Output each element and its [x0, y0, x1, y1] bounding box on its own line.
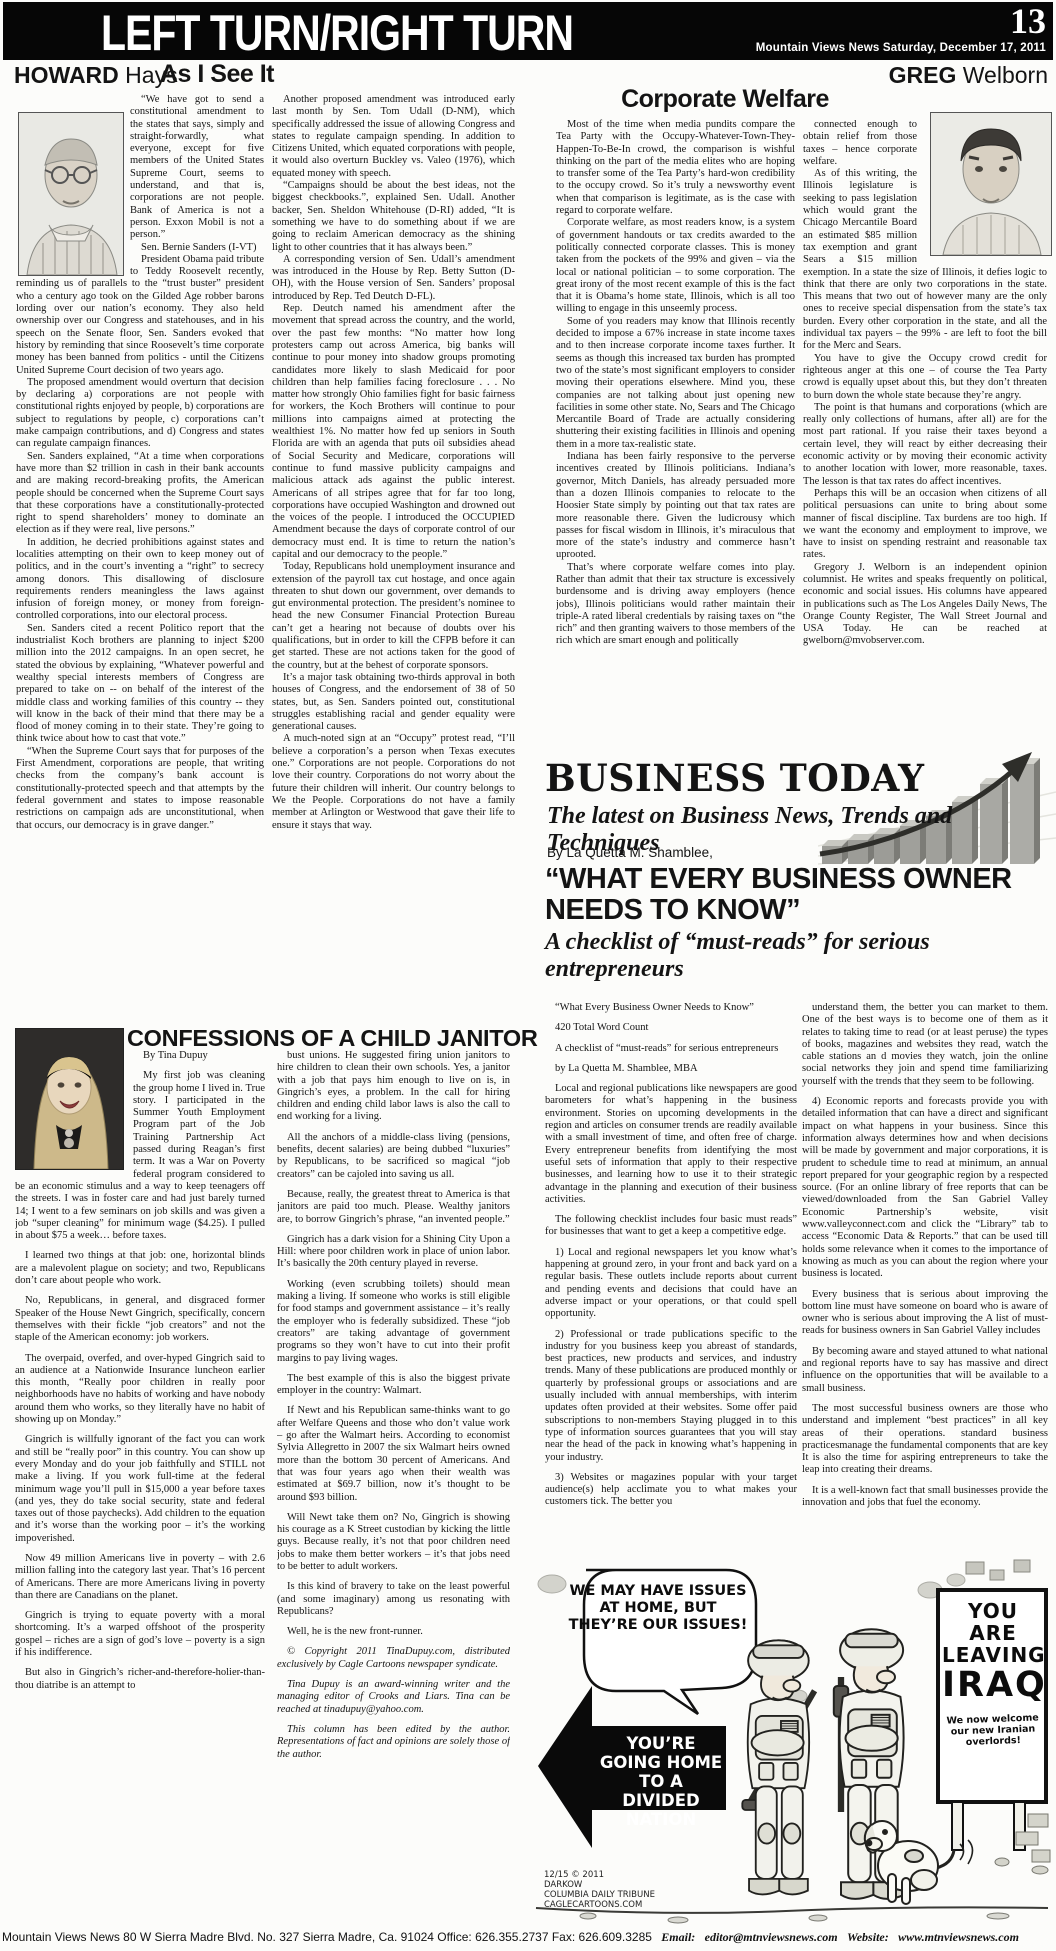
- paragraph: bust unions. He suggested firing union j…: [277, 1050, 510, 1124]
- sign-subtext: We now welcome our new Iranian overlords…: [941, 1712, 1044, 1749]
- hays-first-name: HOWARD: [14, 62, 119, 88]
- paragraph: Rep. Deutch named his amendment after th…: [272, 303, 515, 561]
- paragraph: understand them, the better you can mark…: [802, 1002, 1048, 1088]
- paragraph: That’s where corporate welfare comes int…: [556, 562, 795, 648]
- business-today-banner: BUSINESS TODAY: [545, 756, 924, 800]
- paragraph: Every business that is serious about imp…: [802, 1289, 1048, 1338]
- footer-website: www.mtnviewsnews.com: [898, 1930, 1019, 1944]
- welborn-article-column-2: connected enough to obtain relief from t…: [803, 119, 1047, 749]
- photo-wrap-spacer: [15, 1050, 133, 1172]
- footer-email-label: Email:: [661, 1930, 695, 1944]
- paragraph: The best example of this is also the big…: [277, 1373, 510, 1398]
- paragraph: Today, Republicans hold unemployment ins…: [272, 561, 515, 672]
- business-subheadline: A checklist of “must-reads” for serious …: [545, 929, 985, 983]
- page-number: 13: [1010, 0, 1046, 42]
- janitor-col2-italic-text: © Copyright 2011 TinaDupuy.com, distribu…: [277, 1646, 510, 1760]
- footer-address: Mountain Views News 80 W Sierra Madre Bl…: [2, 1930, 652, 1944]
- hays-article-column-2: Another proposed amendment was introduce…: [272, 94, 515, 1006]
- paragraph: It is a well-known fact that small busin…: [802, 1485, 1048, 1510]
- paragraph: © Copyright 2011 TinaDupuy.com, distribu…: [277, 1646, 510, 1671]
- editorial-cartoon: We may have issues at home, but they’re …: [528, 1556, 1056, 1942]
- paragraph: Gingrich is willfully ignorant of the fa…: [15, 1434, 265, 1545]
- paragraph: All the anchors of a middle-class living…: [277, 1132, 510, 1181]
- paragraph: Is this kind of bravery to take on the l…: [277, 1581, 510, 1618]
- welborn-article-title: Corporate Welfare: [560, 85, 890, 114]
- cartoon-arrow-sign-text: You’re going home to a divided nation: [598, 1734, 724, 1829]
- footer-email: editor@mtnviewsnews.com: [705, 1930, 838, 1944]
- paragraph: A much-noted sign at an “Occupy” protest…: [272, 733, 515, 831]
- cartoonist-name: DARKOW: [544, 1880, 694, 1890]
- paragraph: Corporate welfare, as most readers know,…: [556, 217, 795, 315]
- janitor-article-column-2: bust unions. He suggested firing union j…: [277, 1050, 510, 1922]
- welborn-author-heading: GREG Welborn: [889, 62, 1048, 89]
- sign-line-1: YOU ARE: [942, 1600, 1044, 1644]
- cartoon-syndicate-1: COLUMBIA DAILY TRIBUNE: [544, 1890, 694, 1900]
- paragraph: Sen. Sanders explained, “At a time when …: [16, 451, 264, 537]
- paragraph: The proposed amendment would overturn th…: [16, 377, 264, 451]
- paragraph: “What Every Business Owner Needs to Know…: [545, 1002, 797, 1014]
- paragraph: Gingrich has a dark vision for a Shining…: [277, 1234, 510, 1271]
- paragraph: Now 49 million Americans live in poverty…: [15, 1553, 265, 1602]
- hays-article-column-1: “We have got to send a constitutional am…: [16, 94, 264, 1010]
- janitor-headline: CONFESSIONS OF A CHILD JANITOR: [127, 1025, 538, 1052]
- business-article-column-1: “What Every Business Owner Needs to Know…: [545, 1002, 797, 1562]
- paragraph: If Newt and his Republican same-thinks w…: [277, 1405, 510, 1503]
- hays-column-title: As I See It: [160, 60, 274, 89]
- welborn-last-name: Welborn: [963, 62, 1048, 88]
- welborn-article-column-1: Most of the time when media pundits comp…: [556, 119, 795, 749]
- paragraph: A corresponding version of Sen. Udall’s …: [272, 254, 515, 303]
- paragraph: 4) Economic reports and forecasts provid…: [802, 1096, 1048, 1280]
- paragraph: You have to give the Occupy crowd credit…: [803, 353, 1047, 402]
- paragraph: The point is that humans and corporation…: [803, 402, 1047, 488]
- paragraph: “When the Supreme Court says that for pu…: [16, 746, 264, 832]
- masthead: LEFT TURN/RIGHT TURN 13 Mountain Views N…: [3, 2, 1053, 60]
- business-col1-text: “What Every Business Owner Needs to Know…: [545, 1002, 797, 1509]
- janitor-article-column-1: By Tina Dupuy My first job was cleaning …: [15, 1050, 265, 1922]
- business-byline: By La Quetta M. Shamblee,: [547, 845, 713, 860]
- paragraph: 1) Local and regional newspapers let you…: [545, 1247, 797, 1321]
- business-col2-text: understand them, the better you can mark…: [802, 1002, 1048, 1509]
- cartoon-speech-bubble-text: We may have issues at home, but they’re …: [568, 1583, 748, 1634]
- photo-wrap-spacer: [16, 94, 130, 276]
- paragraph: 3) Websites or magazines popular with yo…: [545, 1472, 797, 1509]
- cartoon-date: 12/15: [544, 1870, 569, 1880]
- paragraph: Perhaps this will be an occasion when ci…: [803, 488, 1047, 562]
- paragraph: Most of the time when media pundits comp…: [556, 119, 795, 217]
- cartoon-copyright: © 2011: [571, 1870, 604, 1880]
- paragraph: Another proposed amendment was introduce…: [272, 94, 515, 180]
- paragraph: This column has been edited by the autho…: [277, 1724, 510, 1761]
- paragraph: But also in Gingrich’s richer-and-theref…: [15, 1667, 265, 1692]
- edition-dateline: Mountain Views News Saturday, December 1…: [756, 42, 1046, 54]
- cartoon-syndicate-2: CAGLECARTOONS.COM: [544, 1900, 694, 1910]
- footer-website-label: Website:: [847, 1930, 889, 1944]
- paragraph: Tina Dupuy is an award-winning writer an…: [277, 1679, 510, 1716]
- paragraph: I learned two things at that job: one, h…: [15, 1250, 265, 1287]
- sign-line-3: IRAQ: [942, 1666, 1044, 1704]
- cartoon-credit: 12/15 © 2011 DARKOW COLUMBIA DAILY TRIBU…: [544, 1870, 694, 1910]
- photo-wrap-spacer: [917, 119, 1047, 259]
- paragraph: Indiana has been fairly responsive to th…: [556, 451, 795, 562]
- paragraph: Because, really, the greatest threat to …: [277, 1189, 510, 1226]
- paragraph: Local and regional publications like new…: [545, 1083, 797, 1206]
- janitor-col2-text: bust unions. He suggested firing union j…: [277, 1050, 510, 1638]
- paragraph: It’s a major task obtaining two-thirds a…: [272, 672, 515, 733]
- paragraph: The most successful business owners are …: [802, 1403, 1048, 1477]
- welborn-first-name: GREG: [889, 62, 957, 88]
- paragraph: 2) Professional or trade publications sp…: [545, 1329, 797, 1464]
- paragraph: Gingrich is trying to equate poverty wit…: [15, 1610, 265, 1659]
- paragraph: In addition, he decried prohibitions aga…: [16, 537, 264, 623]
- business-article-column-2: understand them, the better you can mark…: [802, 1002, 1048, 1530]
- paragraph: The following checklist includes four ba…: [545, 1214, 797, 1239]
- paragraph: Sen. Sanders cited a recent Politico rep…: [16, 623, 264, 746]
- welborn-col1-text: Most of the time when media pundits comp…: [556, 119, 795, 648]
- sign-line-2: LEAVING: [942, 1644, 1044, 1666]
- paragraph: “Campaigns should be about the best idea…: [272, 180, 515, 254]
- paragraph: Well, he is the new front-runner.: [277, 1626, 510, 1638]
- paragraph: by La Quetta M. Shamblee, MBA: [545, 1063, 797, 1075]
- paragraph: 420 Total Word Count: [545, 1022, 797, 1034]
- paragraph: The overpaid, overfed, and over-hyped Gi…: [15, 1353, 265, 1427]
- paragraph: Will Newt take them on? No, Gingrich is …: [277, 1512, 510, 1573]
- paragraph: No, Republicans, in general, and disgrac…: [15, 1295, 265, 1344]
- paragraph: By becoming aware and stayed attuned to …: [802, 1346, 1048, 1395]
- cartoon-iraq-sign: YOU ARE LEAVING IRAQ We now welcome our …: [942, 1600, 1044, 1747]
- hays-col2-text: Another proposed amendment was introduce…: [272, 94, 515, 832]
- business-headline: “WHAT EVERY BUSINESS OWNER NEEDS TO KNOW…: [545, 864, 1025, 926]
- hays-author-heading: HOWARD Hays: [14, 62, 178, 89]
- footer-contact-bar: Mountain Views News 80 W Sierra Madre Bl…: [2, 1930, 1054, 1945]
- paragraph: Gregory J. Welborn is an independent opi…: [803, 562, 1047, 648]
- page-title: LEFT TURN/RIGHT TURN: [101, 5, 573, 52]
- paragraph: Working (even scrubbing toilets) should …: [277, 1279, 510, 1365]
- newspaper-page: LEFT TURN/RIGHT TURN 13 Mountain Views N…: [0, 0, 1056, 1951]
- paragraph: A checklist of “must-reads” for serious …: [545, 1043, 797, 1055]
- paragraph: Some of you readers may know that Illino…: [556, 316, 795, 451]
